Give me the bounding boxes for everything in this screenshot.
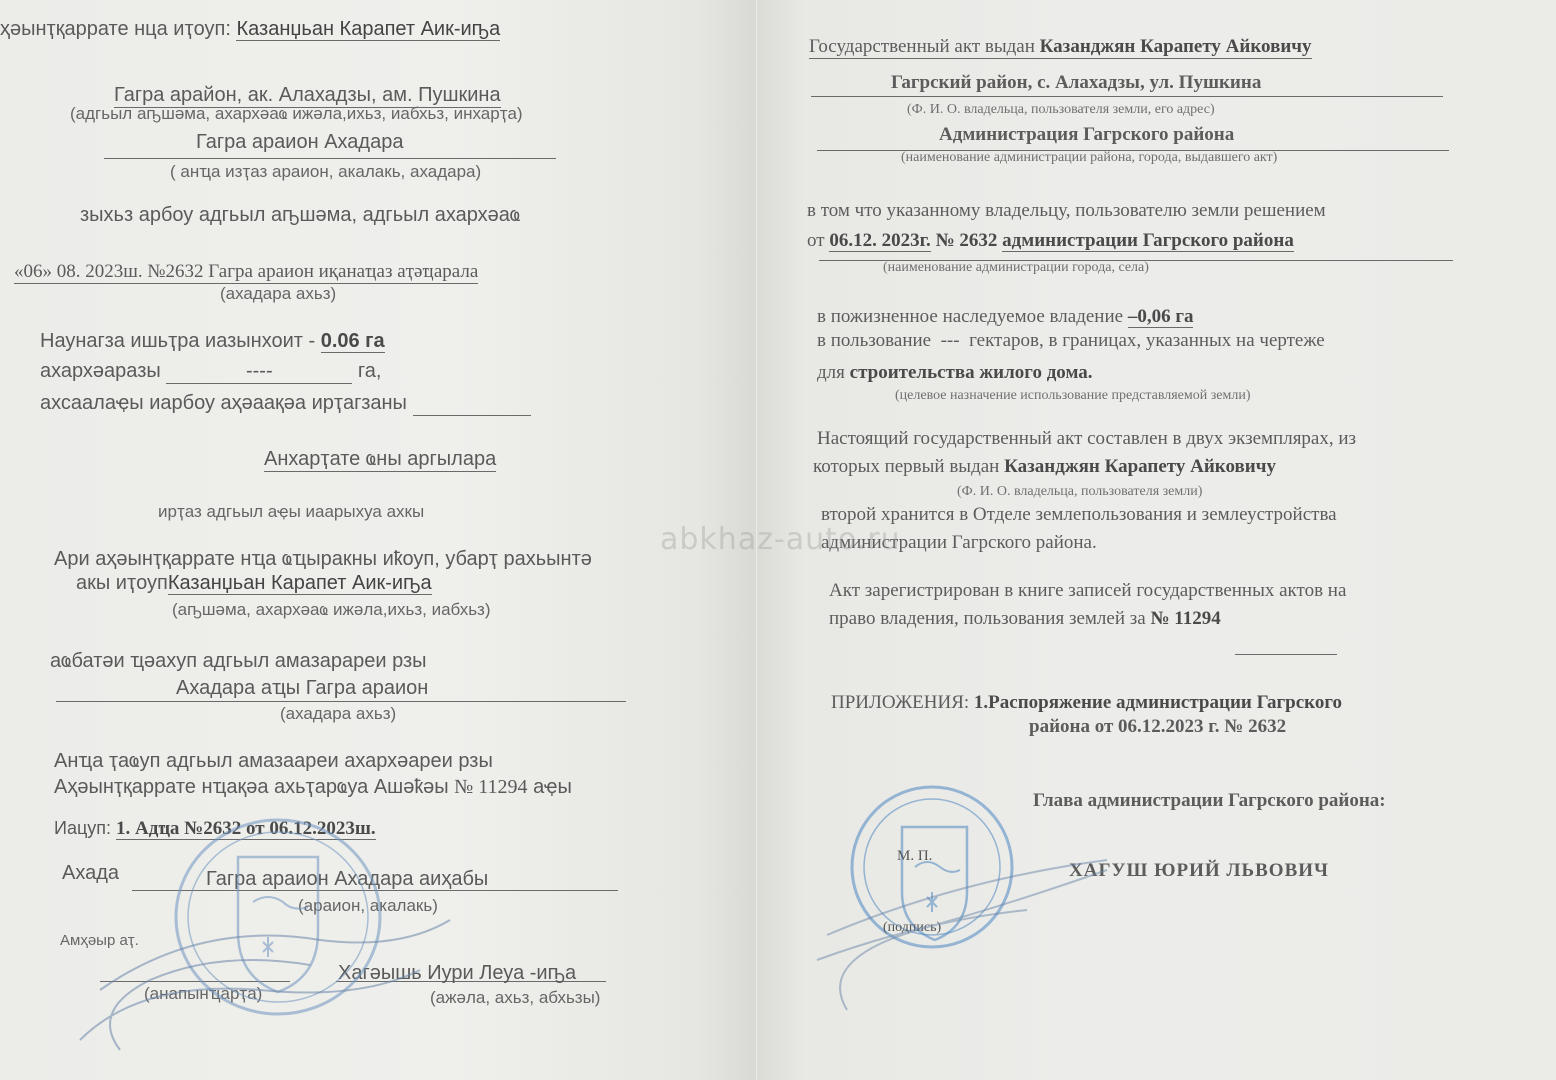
decision-line: от 06.12. 2023г. № 2632 администрации Га… — [807, 230, 1294, 252]
ownership-label: в пожизненное наследуемое владение — [817, 306, 1123, 327]
land-purpose-hint: ирҭаз адгьыл аҿы иаарыхуа ахкы — [158, 502, 424, 522]
copies-label: акы иҭоуп — [76, 572, 168, 594]
copies-label: которых первый выдан — [813, 456, 999, 477]
use-label: в пользование — [817, 330, 931, 351]
use-line: ахархәаразы ---- га, — [40, 360, 381, 384]
decision-from: от — [807, 230, 825, 251]
purpose-line: для строительства жилого дома. — [817, 362, 1093, 384]
copies-name: Казанджян Карапету Айковичу — [1004, 456, 1276, 477]
register-line-1: Анҵа ҭаҩуп адгьыл амазаареи ахархәареи р… — [54, 750, 493, 773]
address: Гагрский район, с. Алахадзы, ул. Пушкина — [891, 72, 1261, 94]
copies-hint: (Ф. И. О. владельца, пользователя земли) — [957, 484, 1202, 500]
area-line: Наунагза ишьҭра иазынхоит - 0.06 га — [40, 330, 385, 353]
ownership-line: в пожизненное наследуемое владение –0,06… — [817, 306, 1193, 328]
decision-number: № 2632 — [936, 230, 998, 251]
register-line-2: Аҳәынҭқаррате нҵақәа ахьҭарҩуа Ашәҟәы № … — [54, 776, 572, 799]
attachments-item-2: района от 06.12.2023 г. № 2632 — [1029, 716, 1286, 738]
authority-hint: (наименование администрации района, горо… — [901, 150, 1277, 166]
address-hint: (Ф. И. О. владельца, пользователя земли,… — [907, 102, 1215, 118]
purpose-hint: (целевое назначение использование предст… — [895, 388, 1251, 404]
use-line: в пользование --- гектаров, в границах, … — [817, 330, 1325, 352]
area-label: Наунагза ишьҭра иазынхоит - — [40, 330, 315, 352]
copies-line-2: акы иҭоупКазанџьан Карапет Аик-иҧа — [76, 572, 432, 595]
issued-to-line: ҳәынҭқаррате нца иҭоуп: Казанџьан Карапе… — [0, 18, 500, 41]
register-rule — [1235, 654, 1337, 655]
authority-hint: ( анҵа изҭаз араион, акалакь, ахадара) — [170, 162, 481, 182]
head-title: Глава администрации Гагрского района: — [1033, 790, 1386, 812]
second-copy-hint: (ахадара ахьз) — [280, 704, 396, 724]
purpose-label: ахсаалаҿы иарбоу аҳәаақәа ирҭагзаны — [40, 392, 407, 414]
attachments-label: ПРИЛОЖЕНИЯ: — [831, 692, 969, 713]
address-rule — [811, 96, 1443, 97]
second-copy-rule — [56, 701, 626, 702]
use-value: --- — [941, 330, 960, 351]
authority-rule — [104, 158, 556, 159]
purpose-line: ахсаалаҿы иарбоу аҳәаақәа ирҭагзаны — [40, 392, 531, 416]
attachments-item: 1.Распоряжение администрации Гагрского — [974, 692, 1342, 713]
issued-line: Государственный акт выдан Казанджян Кара… — [809, 36, 1312, 59]
copies-name: Казанџьан Карапет Аик-иҧа — [168, 572, 432, 595]
decision-text: «06» 08. 2023ш. №2632 Гагра араион иқана… — [14, 261, 478, 282]
register-suffix: аҿы — [533, 776, 572, 798]
decision-date: 06.12. 2023г. — [829, 230, 931, 252]
decision-intro: зыхьз арбоу адгьыл аҧшәма, адгьыл ахархә… — [80, 204, 520, 227]
attachments-line-1: ПРИЛОЖЕНИЯ: 1.Распоряжение администрации… — [831, 692, 1342, 714]
issued-to-name: Казанџьан Карапет Аик-иҧа — [236, 18, 500, 41]
decision-org: администрации Гагрского района — [1002, 230, 1294, 252]
purpose-prefix: для — [817, 362, 845, 383]
register-number: № 11294 — [454, 776, 527, 798]
signature-scribble-icon — [60, 880, 480, 1060]
second-copy-org: Ахадара аҵы Гагра араион — [176, 677, 428, 700]
watermark: abkhaz-auto.ru — [660, 522, 901, 557]
copies-line: Ари аҳәынҭқаррате нҵа ҩҵыракны иҟоуп, уб… — [54, 548, 592, 571]
register-number: № 11294 — [1150, 608, 1220, 629]
decision-hint: (наименование администрации города, села… — [883, 260, 1149, 276]
copies-hint: (аҧшәма, ахархәаҩ ижәла,ихьз, иабхьз) — [172, 600, 491, 620]
use-value: ---- — [166, 360, 352, 384]
purpose-value: строительства жилого дома. — [850, 362, 1093, 383]
copies-line-1: Настоящий государственный акт составлен … — [817, 428, 1356, 450]
attachment-label: Иацуп: — [54, 818, 111, 838]
decision-line: «06» 08. 2023ш. №2632 Гагра араион иқана… — [14, 260, 478, 284]
issued-to-label: ҳәынҭқаррате нца иҭоуп: — [0, 18, 231, 40]
area-value: 0.06 га — [321, 330, 385, 353]
authority: Гагра араион Ахадара — [196, 131, 403, 154]
issued-label: Государственный акт выдан — [809, 36, 1035, 57]
address-hint: (адгьыл аҧшәма, ахархәаҩ ижәла,ихьз, иаб… — [70, 104, 523, 124]
register-book: право владения, пользования землей за — [829, 608, 1146, 629]
land-purpose-title: Анхарҭате ҩны аргылара — [264, 448, 496, 472]
signature-scribble-icon — [807, 840, 1137, 1020]
use-label: ахархәаразы — [40, 360, 161, 382]
left-page-abkhaz: ҳәынҭқаррате нца иҭоуп: Казанџьан Карапе… — [0, 0, 757, 1080]
second-copy: аҩбатәи ҵәахуп адгьыл амазарареи рзы — [50, 650, 427, 673]
decision-hint: (ахадара ахьз) — [220, 284, 336, 304]
register-book: Аҳәынҭқаррате нҵақәа ахьҭарҩуа Ашәҟәы — [54, 776, 449, 798]
copies-line-2: которых первый выдан Казанджян Карапету … — [813, 456, 1276, 478]
decision-intro: в том что указанному владельцу, пользова… — [807, 200, 1326, 222]
ownership-value: –0,06 га — [1128, 306, 1194, 328]
issued-name: Казанджян Карапету Айковичу — [1040, 36, 1312, 57]
use-unit: га, — [358, 360, 382, 382]
authority: Администрация Гагрского района — [939, 124, 1234, 146]
use-rest: гектаров, в границах, указанных на черте… — [969, 330, 1325, 351]
register-line-2: право владения, пользования землей за № … — [829, 608, 1221, 630]
register-line-1: Акт зарегистрирован в книге записей госу… — [829, 580, 1346, 602]
